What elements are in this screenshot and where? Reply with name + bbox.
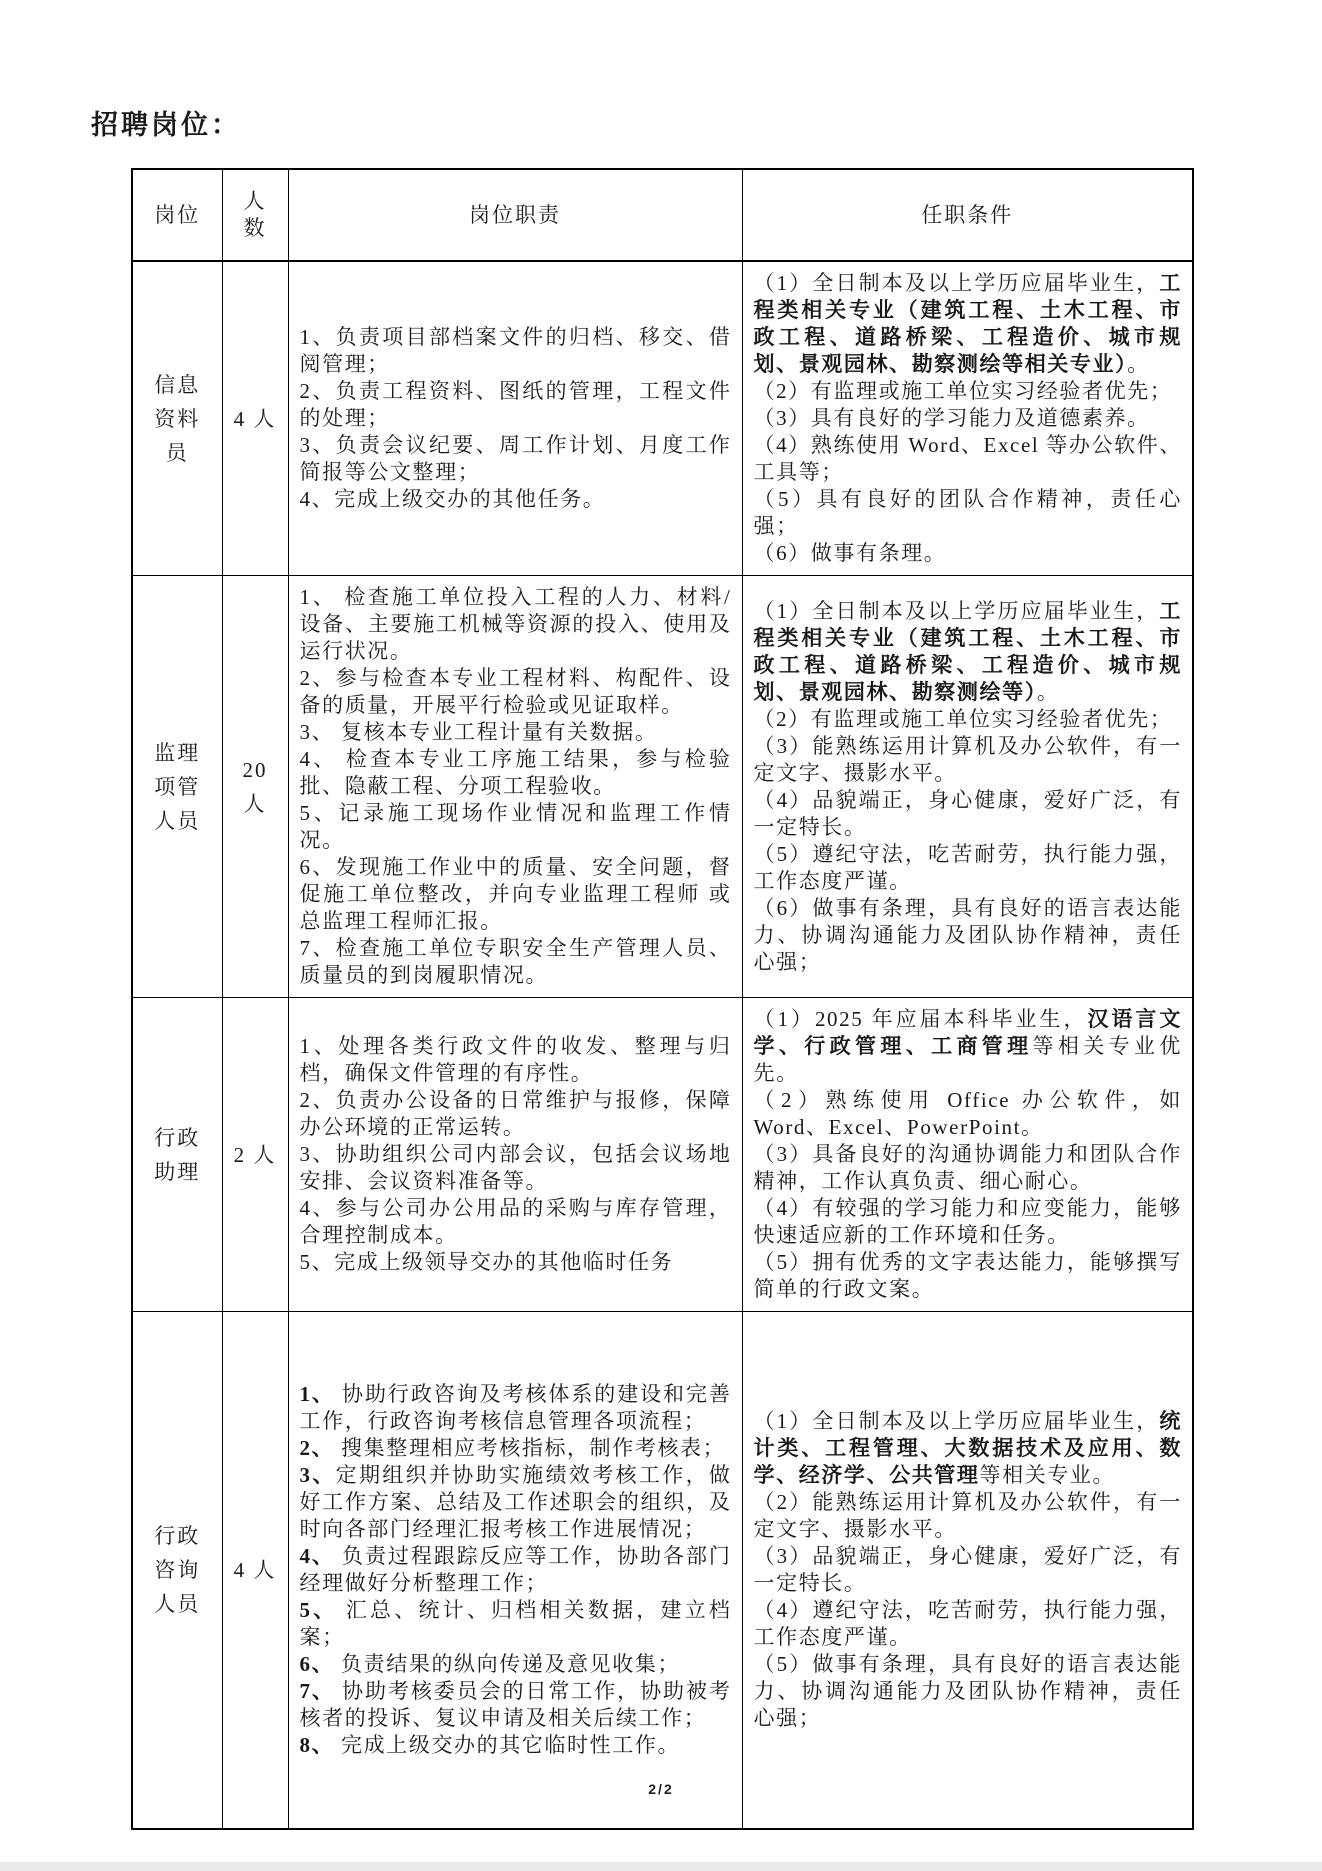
table-row-4: 行政咨询人员4 人1、 协助行政咨询及考核体系的建设和完善工作，行政咨询考核信息… [132,1312,1193,1830]
duty-item: 6、 负责结果的纵向传递及意见收集； [300,1651,732,1678]
table-row-1: 信息资料员4 人1、负责项目部档案文件的归档、移交、借阅管理；2、负责工程资料、… [132,261,1193,576]
position-cell: 行政咨询人员 [132,1312,222,1830]
duty-item: 1、负责项目部档案文件的归档、移交、借阅管理； [300,324,732,378]
position-cell: 监理项管人员 [132,576,222,998]
requirement-item: （1）全日制本及以上学历应届毕业生，统计类、工程管理、大数据技术及应用、数学、经… [754,1408,1183,1489]
column-header-1: 人数 [222,169,288,261]
table-body: 信息资料员4 人1、负责项目部档案文件的归档、移交、借阅管理；2、负责工程资料、… [132,261,1193,1829]
page-title: 招聘岗位： [0,0,1322,142]
duty-item: 3、定期组织并协助实施绩效考核工作，做好工作方案、总结及工作述职会的组织，及时向… [300,1462,732,1543]
duty-item: 2、参与检查本专业工程材料、构配件、设备的质量，开展平行检验或见证取样。 [300,665,732,719]
duty-item: 3、 复核本专业工程计量有关数据。 [300,719,732,746]
duties-cell: 1、 检查施工单位投入工程的人力、材料/设备、主要施工机械等资源的投入、使用及运… [288,576,742,998]
requirement-item: （5）做事有条理，具有良好的语言表达能力、协调沟通能力及团队协作精神，责任心强； [754,1651,1183,1732]
requirement-item: （1）全日制本及以上学历应届毕业生，工程类相关专业（建筑工程、土木工程、市政工程… [754,598,1183,706]
count-cell: 2 人 [222,998,288,1312]
position-cell: 信息资料员 [132,261,222,576]
page-number: 2/2 [0,1781,1322,1797]
requirements-cell: （1）2025 年应届本科毕业生，汉语言文学、行政管理、工商管理等相关专业优先。… [742,998,1193,1312]
duty-item: 4、 检查本专业工序施工结果，参与检验批、隐蔽工程、分项工程验收。 [300,746,732,800]
table-header-row: 岗位人数岗位职责任职条件 [132,169,1193,261]
duty-item: 4、参与公司办公用品的采购与库存管理，合理控制成本。 [300,1195,732,1249]
requirement-item: （2）熟练使用 Office 办公软件，如 Word、Excel、PowerPo… [754,1087,1183,1141]
requirement-item: （2）有监理或施工单位实习经验者优先； [754,378,1183,405]
requirement-item: （4）品貌端正，身心健康，爱好广泛，有一定特长。 [754,787,1183,841]
requirement-item: （3）品貌端正，身心健康，爱好广泛，有一定特长。 [754,1543,1183,1597]
requirement-item: （5）遵纪守法，吃苦耐劳，执行能力强，工作态度严谨。 [754,841,1183,895]
duty-item: 1、处理各类行政文件的收发、整理与归档，确保文件管理的有序性。 [300,1033,732,1087]
duty-item: 3、协助组织公司内部会议，包括会议场地安排、会议资料准备等。 [300,1141,732,1195]
requirement-item: （3）具有良好的学习能力及道德素养。 [754,405,1183,432]
duty-item: 4、 负责过程跟踪反应等工作，协助各部门经理做好分析整理工作； [300,1543,732,1597]
position-cell: 行政助理 [132,998,222,1312]
column-header-0: 岗位 [132,169,222,261]
duty-item: 4、完成上级交办的其他任务。 [300,486,732,513]
requirement-item: （1）全日制本及以上学历应届毕业生，工程类相关专业（建筑工程、土木工程、市政工程… [754,270,1183,378]
page-bottom-edge [0,1862,1322,1871]
duty-item: 5、完成上级领导交办的其他临时任务 [300,1249,732,1276]
count-cell: 4 人 [222,1312,288,1830]
duties-cell: 1、负责项目部档案文件的归档、移交、借阅管理；2、负责工程资料、图纸的管理，工程… [288,261,742,576]
requirement-item: （4）遵纪守法，吃苦耐劳，执行能力强，工作态度严谨。 [754,1597,1183,1651]
duty-item: 2、 搜集整理相应考核指标，制作考核表； [300,1435,732,1462]
column-header-2: 岗位职责 [288,169,742,261]
column-header-3: 任职条件 [742,169,1193,261]
duty-item: 5、 汇总、统计、归档相关数据，建立档案； [300,1597,732,1651]
requirement-item: （2）能熟练运用计算机及办公软件，有一定文字、摄影水平。 [754,1489,1183,1543]
requirement-item: （3）能熟练运用计算机及办公软件，有一定文字、摄影水平。 [754,733,1183,787]
duties-cell: 1、 协助行政咨询及考核体系的建设和完善工作，行政咨询考核信息管理各项流程；2、… [288,1312,742,1830]
requirement-item: （5）具有良好的团队合作精神，责任心强； [754,486,1183,540]
duty-item: 5、记录施工现场作业情况和监理工作情况。 [300,800,732,854]
count-cell: 4 人 [222,261,288,576]
requirement-item: （1）2025 年应届本科毕业生，汉语言文学、行政管理、工商管理等相关专业优先。 [754,1006,1183,1087]
table-row-3: 行政助理2 人1、处理各类行政文件的收发、整理与归档，确保文件管理的有序性。2、… [132,998,1193,1312]
requirement-item: （6）做事有条理。 [754,540,1183,567]
requirements-cell: （1）全日制本及以上学历应届毕业生，工程类相关专业（建筑工程、土木工程、市政工程… [742,261,1193,576]
duty-item: 8、 完成上级交办的其它临时性工作。 [300,1732,732,1759]
requirement-item: （4）有较强的学习能力和应变能力，能够快速适应新的工作环境和任务。 [754,1195,1183,1249]
document-page: 招聘岗位： 岗位人数岗位职责任职条件 信息资料员4 人1、负责项目部档案文件的归… [0,0,1322,1871]
duty-item: 6、发现施工作业中的质量、安全问题，督促施工单位整改，并向专业监理工程师 或总监… [300,854,732,935]
duty-item: 1、 检查施工单位投入工程的人力、材料/设备、主要施工机械等资源的投入、使用及运… [300,584,732,665]
duties-cell: 1、处理各类行政文件的收发、整理与归档，确保文件管理的有序性。2、负责办公设备的… [288,998,742,1312]
duty-item: 1、 协助行政咨询及考核体系的建设和完善工作，行政咨询考核信息管理各项流程； [300,1381,732,1435]
duty-item: 7、 协助考核委员会的日常工作，协助被考核者的投诉、复议申请及相关后续工作； [300,1678,732,1732]
count-cell: 20人 [222,576,288,998]
requirement-item: （6）做事有条理，具有良好的语言表达能力、协调沟通能力及团队协作精神，责任心强； [754,895,1183,976]
requirements-cell: （1）全日制本及以上学历应届毕业生，统计类、工程管理、大数据技术及应用、数学、经… [742,1312,1193,1830]
duty-item: 7、检查施工单位专职安全生产管理人员、质量员的到岗履职情况。 [300,935,732,989]
duty-item: 3、负责会议纪要、周工作计划、月度工作简报等公文整理； [300,432,732,486]
duty-item: 2、负责工程资料、图纸的管理，工程文件的处理； [300,378,732,432]
table-row-2: 监理项管人员20人1、 检查施工单位投入工程的人力、材料/设备、主要施工机械等资… [132,576,1193,998]
requirement-item: （4）熟练使用 Word、Excel 等办公软件、工具等； [754,432,1183,486]
requirement-item: （5）拥有优秀的文字表达能力，能够撰写简单的行政文案。 [754,1249,1183,1303]
duty-item: 2、负责办公设备的日常维护与报修，保障办公环境的正常运转。 [300,1087,732,1141]
requirement-item: （2）有监理或施工单位实习经验者优先； [754,706,1183,733]
requirements-cell: （1）全日制本及以上学历应届毕业生，工程类相关专业（建筑工程、土木工程、市政工程… [742,576,1193,998]
requirement-item: （3）具备良好的沟通协调能力和团队合作精神，工作认真负责、细心耐心。 [754,1141,1183,1195]
recruitment-table: 岗位人数岗位职责任职条件 信息资料员4 人1、负责项目部档案文件的归档、移交、借… [131,168,1194,1830]
